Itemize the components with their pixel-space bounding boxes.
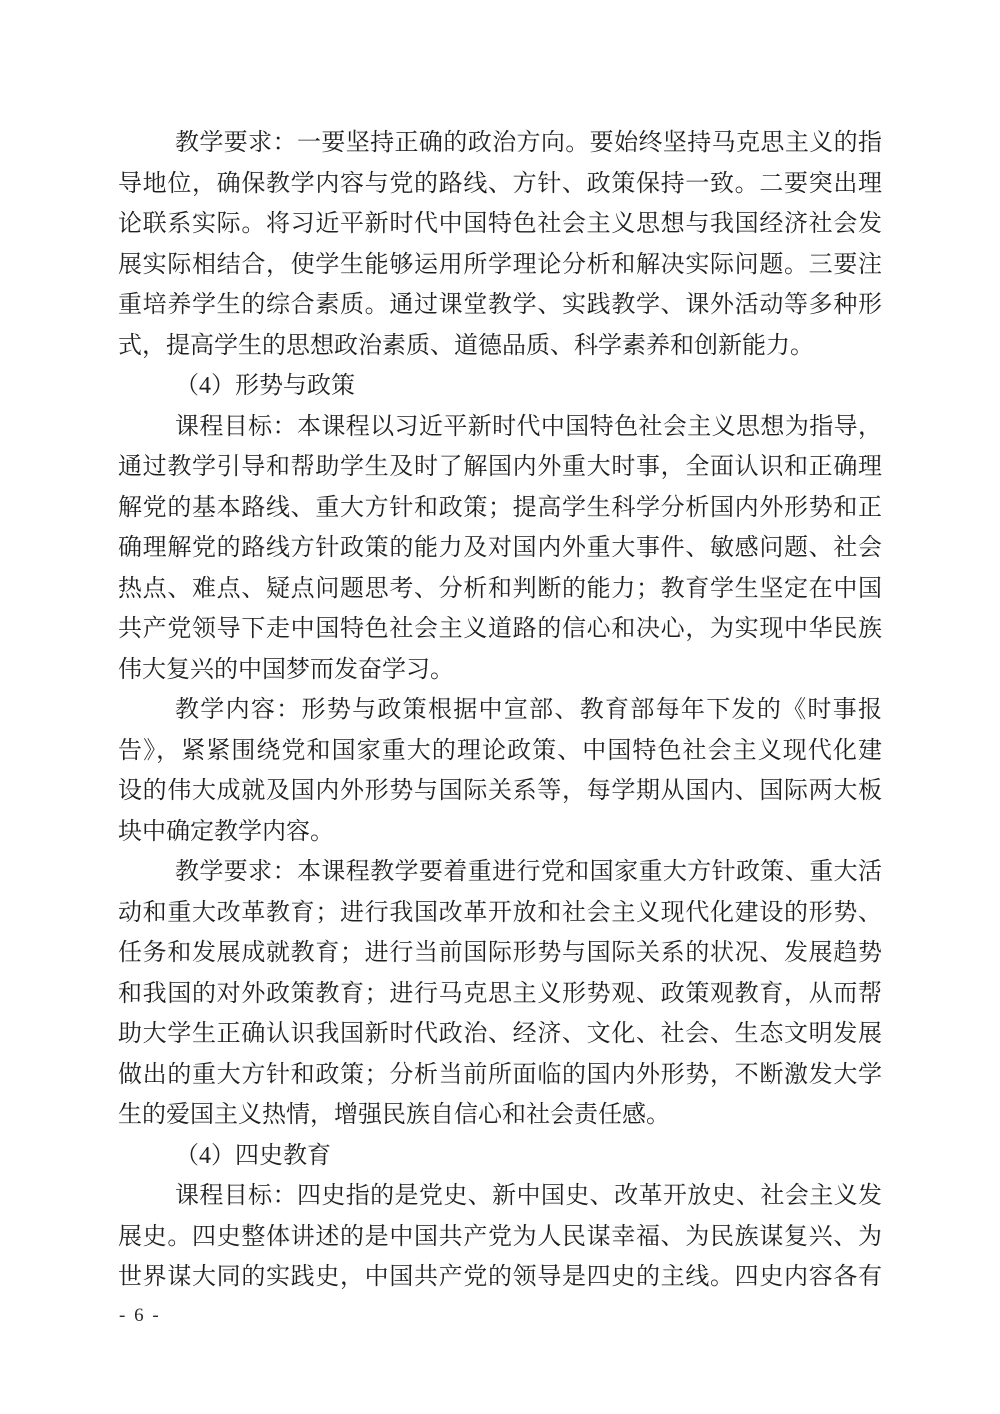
text-line: 做出的重大方针和政策；分析当前所面临的国内外形势，不断激发大学 — [118, 1055, 882, 1096]
text-line: 重培养学生的综合素质。通过课堂教学、实践教学、课外活动等多种形 — [118, 285, 882, 326]
text-line: 教学要求：一要坚持正确的政治方向。要始终坚持马克思主义的指 — [118, 123, 882, 164]
text-line: 论联系实际。将习近平新时代中国特色社会主义思想与我国经济社会发 — [118, 204, 882, 245]
text-line: 展实际相结合，使学生能够运用所学理论分析和解决实际问题。三要注 — [118, 245, 882, 286]
text-line: 动和重大改革教育；进行我国改革开放和社会主义现代化建设的形势、 — [118, 893, 882, 934]
text-line: 共产党领导下走中国特色社会主义道路的信心和决心，为实现中华民族 — [118, 609, 882, 650]
heading-line: （4）四史教育 — [118, 1136, 882, 1177]
text-line: 和我国的对外政策教育；进行马克思主义形势观、政策观教育，从而帮 — [118, 974, 882, 1015]
text-line: 课程目标：四史指的是党史、新中国史、改革开放史、社会主义发 — [118, 1176, 882, 1217]
text-line: 世界谋大同的实践史，中国共产党的领导是四史的主线。四史内容各有 — [118, 1257, 882, 1298]
text-line: 通过教学引导和帮助学生及时了解国内外重大时事，全面认识和正确理 — [118, 447, 882, 488]
text-line: 设的伟大成就及国内外形势与国际关系等，每学期从国内、国际两大板 — [118, 771, 882, 812]
text-line: 导地位，确保教学内容与党的路线、方针、政策保持一致。二要突出理 — [118, 164, 882, 205]
text-line: 教学要求：本课程教学要着重进行党和国家重大方针政策、重大活 — [118, 852, 882, 893]
text-line: 块中确定教学内容。 — [118, 812, 882, 853]
text-line: 课程目标：本课程以习近平新时代中国特色社会主义思想为指导， — [118, 407, 882, 448]
text-line: 式，提高学生的思想政治素质、道德品质、科学素养和创新能力。 — [118, 326, 882, 367]
page-number: - 6 - — [119, 1305, 161, 1327]
text-line: 确理解党的路线方针政策的能力及对国内外重大事件、敏感问题、社会 — [118, 528, 882, 569]
document-body: 教学要求：一要坚持正确的政治方向。要始终坚持马克思主义的指导地位，确保教学内容与… — [118, 123, 882, 1298]
text-line: 教学内容：形势与政策根据中宣部、教育部每年下发的《时事报 — [118, 690, 882, 731]
text-line: 生的爱国主义热情，增强民族自信心和社会责任感。 — [118, 1095, 882, 1136]
document-page: 教学要求：一要坚持正确的政治方向。要始终坚持马克思主义的指导地位，确保教学内容与… — [0, 0, 1000, 1414]
text-line: 告》，紧紧围绕党和国家重大的理论政策、中国特色社会主义现代化建 — [118, 731, 882, 772]
text-line: 任务和发展成就教育；进行当前国际形势与国际关系的状况、发展趋势 — [118, 933, 882, 974]
text-line: 展史。四史整体讲述的是中国共产党为人民谋幸福、为民族谋复兴、为 — [118, 1217, 882, 1258]
text-line: 伟大复兴的中国梦而发奋学习。 — [118, 650, 882, 691]
text-line: 助大学生正确认识我国新时代政治、经济、文化、社会、生态文明发展 — [118, 1014, 882, 1055]
text-line: 热点、难点、疑点问题思考、分析和判断的能力；教育学生坚定在中国 — [118, 569, 882, 610]
heading-line: （4）形势与政策 — [118, 366, 882, 407]
text-line: 解党的基本路线、重大方针和政策；提高学生科学分析国内外形势和正 — [118, 488, 882, 529]
